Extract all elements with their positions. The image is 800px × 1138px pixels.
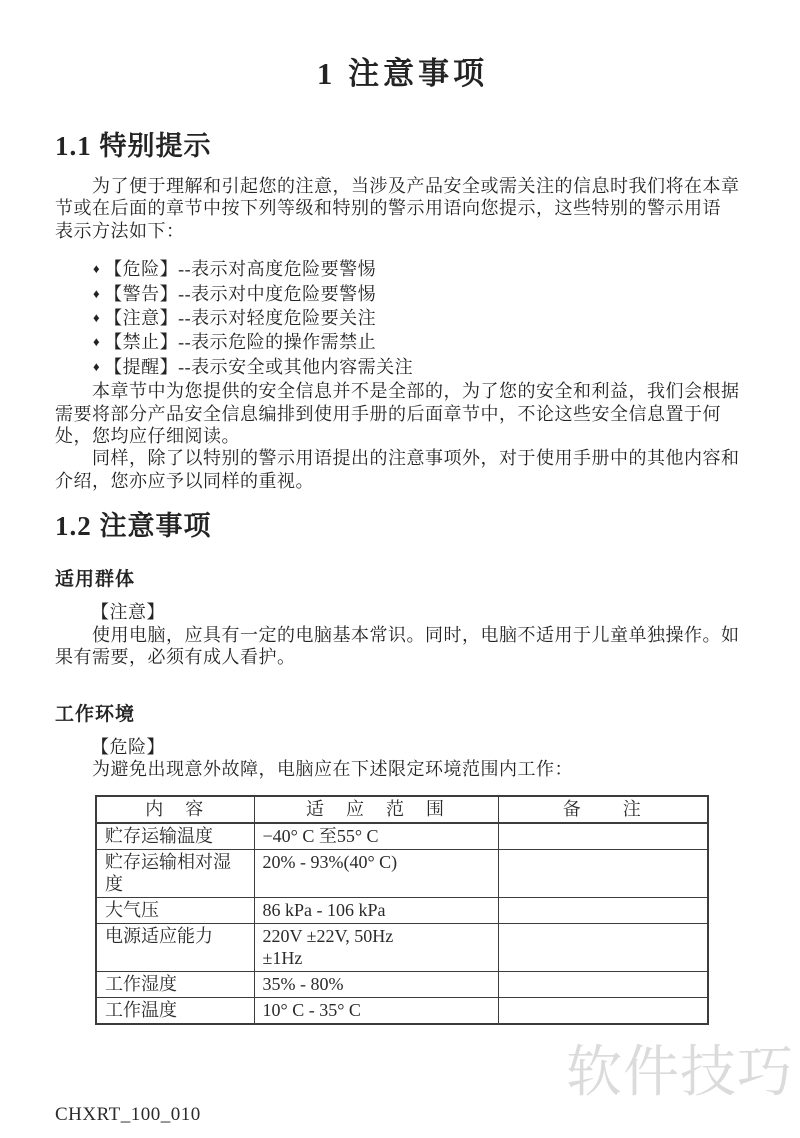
diamond-bullet-icon: ♦ [93, 356, 100, 378]
document-code: CHXRT_100_010 [55, 1104, 201, 1126]
section-1-1-paragraph-3: 同样，除了以特别的警示用语提出的注意事项外，对于使用手册中的其他内容和 介绍，您… [55, 447, 750, 492]
list-item-reminder: ♦ 【提醒】--表示安全或其他内容需关注 [93, 356, 750, 380]
list-item-label: 【禁止】--表示危险的操作需禁止 [104, 331, 376, 353]
table-row: 贮存运输温度 −40° C 至55° C [96, 823, 708, 850]
list-item-label: 【警告】--表示对中度危险要警惕 [104, 283, 376, 305]
working-environment-text: 为避免出现意外故障，电脑应在下述限定环境范围内工作： [55, 758, 750, 780]
table-row: 贮存运输相对湿度 20% - 93%(40° C) [96, 850, 708, 898]
section-1-1-paragraph-2: 本章节中为您提供的安全信息并不是全部的，为了您的安全和利益，我们会根据 需要将部… [55, 380, 750, 447]
cell-note [498, 823, 708, 850]
section-1-1-heading: 1.1 特别提示 [55, 130, 750, 162]
section-1-2-heading: 1.2 注意事项 [55, 510, 750, 542]
document-page: 1 注意事项 1.1 特别提示 为了便于理解和引起您的注意，当涉及产品安全或需关… [0, 0, 800, 1138]
cell-content: 电源适应能力 [96, 924, 254, 972]
environment-limits-table: 内 容 适 应 范 围 备 注 贮存运输温度 −40° C 至55° C 贮存运… [95, 795, 709, 1025]
applicable-users-text: 使用电脑，应具有一定的电脑基本常识。同时，电脑不适用于儿童单独操作。如 果有需要… [55, 624, 750, 669]
table-row: 工作湿度 35% - 80% [96, 972, 708, 998]
cell-note [498, 972, 708, 998]
table-header-row: 内 容 适 应 范 围 备 注 [96, 796, 708, 823]
list-item-warning: ♦ 【警告】--表示对中度危险要警惕 [93, 283, 750, 307]
diamond-bullet-icon: ♦ [93, 307, 100, 329]
watermark: 软件技巧 [566, 1028, 794, 1108]
cell-note [498, 924, 708, 972]
cell-content: 工作温度 [96, 998, 254, 1025]
applicable-users-heading: 适用群体 [55, 568, 750, 592]
list-item-danger: ♦ 【危险】--表示对高度危险要警惕 [93, 258, 750, 282]
column-header-content: 内 容 [96, 796, 254, 823]
cell-note [498, 898, 708, 924]
warning-terms-list: ♦ 【危险】--表示对高度危险要警惕 ♦ 【警告】--表示对中度危险要警惕 ♦ … [55, 258, 750, 380]
cell-range: 35% - 80% [254, 972, 498, 998]
cell-range: 220V ±22V, 50Hz ±1Hz [254, 924, 498, 972]
cell-range: 20% - 93%(40° C) [254, 850, 498, 898]
caution-label: 【注意】 [55, 601, 750, 623]
page-content: 1 注意事项 1.1 特别提示 为了便于理解和引起您的注意，当涉及产品安全或需关… [55, 0, 750, 1025]
list-item-caution: ♦ 【注意】--表示对轻度危险要关注 [93, 307, 750, 331]
danger-label: 【危险】 [55, 736, 750, 758]
cell-range: 86 kPa - 106 kPa [254, 898, 498, 924]
table-row: 电源适应能力 220V ±22V, 50Hz ±1Hz [96, 924, 708, 972]
working-environment-heading: 工作环境 [55, 703, 750, 727]
cell-note [498, 998, 708, 1025]
list-item-label: 【危险】--表示对高度危险要警惕 [104, 258, 376, 280]
cell-content: 贮存运输相对湿度 [96, 850, 254, 898]
cell-range: 10° C - 35° C [254, 998, 498, 1025]
list-item-label: 【提醒】--表示安全或其他内容需关注 [104, 356, 413, 378]
cell-content: 大气压 [96, 898, 254, 924]
cell-range: −40° C 至55° C [254, 823, 498, 850]
chapter-title: 1 注意事项 [55, 54, 750, 94]
table-row: 工作温度 10° C - 35° C [96, 998, 708, 1025]
cell-content: 工作湿度 [96, 972, 254, 998]
section-1-1-paragraph-1: 为了便于理解和引起您的注意，当涉及产品安全或需关注的信息时我们将在本章 节或在后… [55, 175, 750, 242]
cell-content: 贮存运输温度 [96, 823, 254, 850]
table-row: 大气压 86 kPa - 106 kPa [96, 898, 708, 924]
column-header-note: 备 注 [498, 796, 708, 823]
column-header-range: 适 应 范 围 [254, 796, 498, 823]
list-item-label: 【注意】--表示对轻度危险要关注 [104, 307, 376, 329]
cell-note [498, 850, 708, 898]
list-item-forbidden: ♦ 【禁止】--表示危险的操作需禁止 [93, 331, 750, 355]
diamond-bullet-icon: ♦ [93, 258, 100, 280]
diamond-bullet-icon: ♦ [93, 331, 100, 353]
diamond-bullet-icon: ♦ [93, 283, 100, 305]
